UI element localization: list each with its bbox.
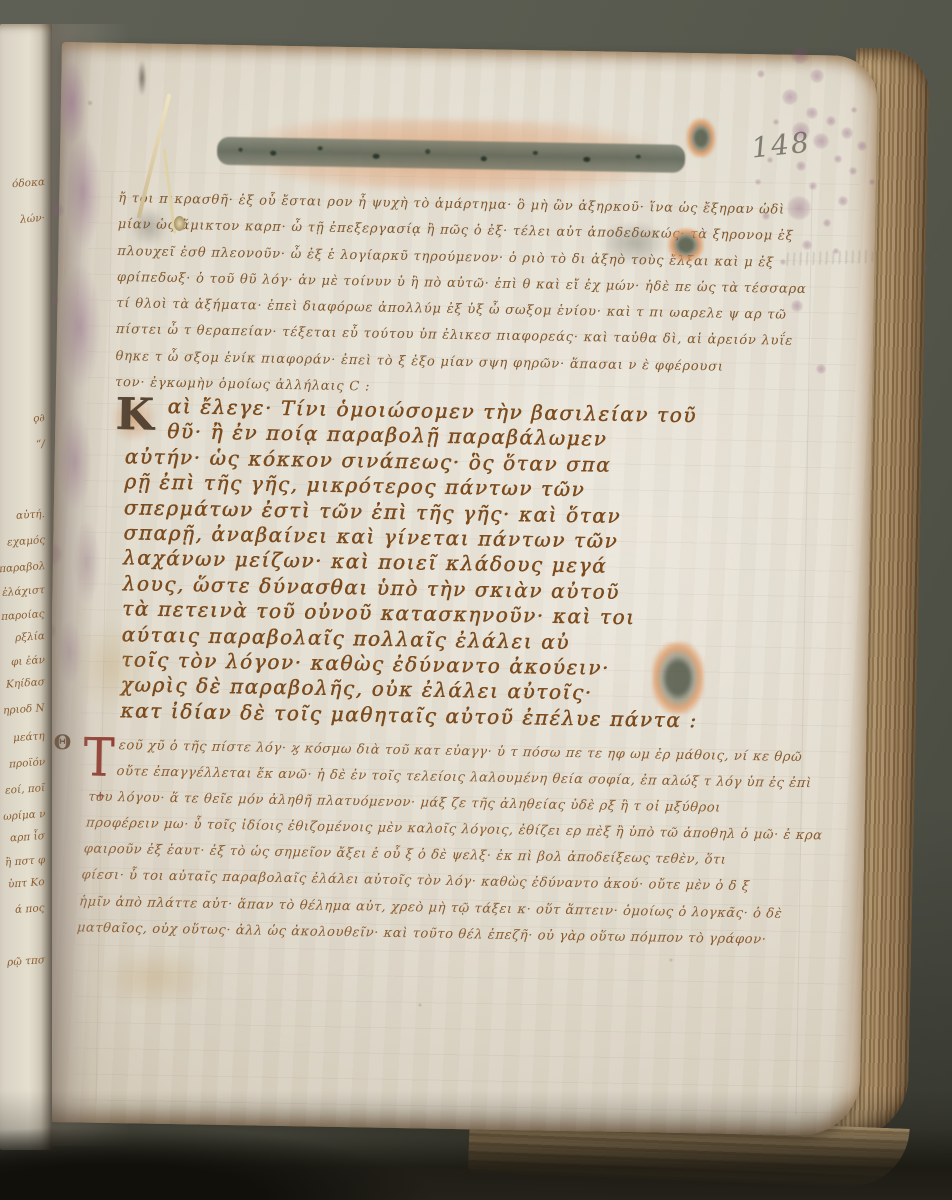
book-shadow [0,1090,952,1200]
facing-page-text-fragment: όδοκα [12,176,46,190]
facing-page-text-fragment: λών· [20,212,46,226]
gospel-text-block: αὶ ἔλεγε· Τίνι ὁμοιώσομεν τὴν βασιλείαν … [120,393,703,733]
facing-page-text-fragment: ἢ πστ φ [4,854,45,869]
folio-number: 148 [750,126,813,165]
facing-page-text-fragment: “/ [36,438,46,451]
facing-page-text-fragment: Κηίδασ [6,676,46,691]
commentary-bottom-block: εοῦ χῦ ὁ τῆς πίστε λόγ· ϗ κόσμω διὰ τοῦ … [76,733,831,954]
facing-page-text-fragment: αρπ ἶσ [10,830,46,844]
facing-page-text-fragment: φι ἐάν [11,654,46,668]
facing-page-text-fragment: παραβολ [0,560,45,575]
facing-page-text-fragment: ηριοδ Ν [3,702,45,717]
binding-gutter [44,24,130,1146]
commentary-top-block: ἤ τοι πικρασθῆ· ἐξ οὗ ἔσται ρον ἦ ψυχὴ τ… [115,186,808,408]
facing-page-text-fragment: προϊόν [8,756,45,770]
sewing-thread-knot [174,216,185,231]
facing-page-text-fragment: εοί, ποῖ [5,782,46,797]
facing-page-text-fragment: ρξλία [15,630,46,644]
facing-page-text-fragment: ωρίμα ν [2,808,45,823]
facing-page-text-fragment: παροίας [1,608,45,623]
facing-page-text-fragment: ρῷ τπσ [7,954,46,969]
mold-spot [934,254,938,258]
facing-page-text-fragment: ὑπτ Κο [8,876,45,891]
facing-page-text-fragment: ἐλάχιστ [2,584,46,599]
headpiece-ornament [211,128,692,182]
manuscript-page: 148 ἤ τοι πικρασθῆ· ἐξ οὗ ἔσται ρον ἦ ψυ… [43,42,878,1136]
facing-page-edge: όδοκαλών·ϙ∂“/αὐτή.εχαμόςπαραβολἐλάχιστπα… [0,24,52,1150]
gutter-notch [136,54,148,102]
facing-page-text-fragment: εχαμός [7,534,46,549]
facing-page-text-fragment: αὐτή. [16,508,46,522]
facing-page-text-fragment: μεάτη [13,730,45,744]
manuscript-photo: 148 ἤ τοι πικρασθῆ· ἐξ οὗ ἔσται ρον ἦ ψυ… [0,0,952,1200]
facing-page-text-fragment: ϙ∂ [33,412,46,425]
facing-page-text-fragment: ά πος [15,902,45,916]
